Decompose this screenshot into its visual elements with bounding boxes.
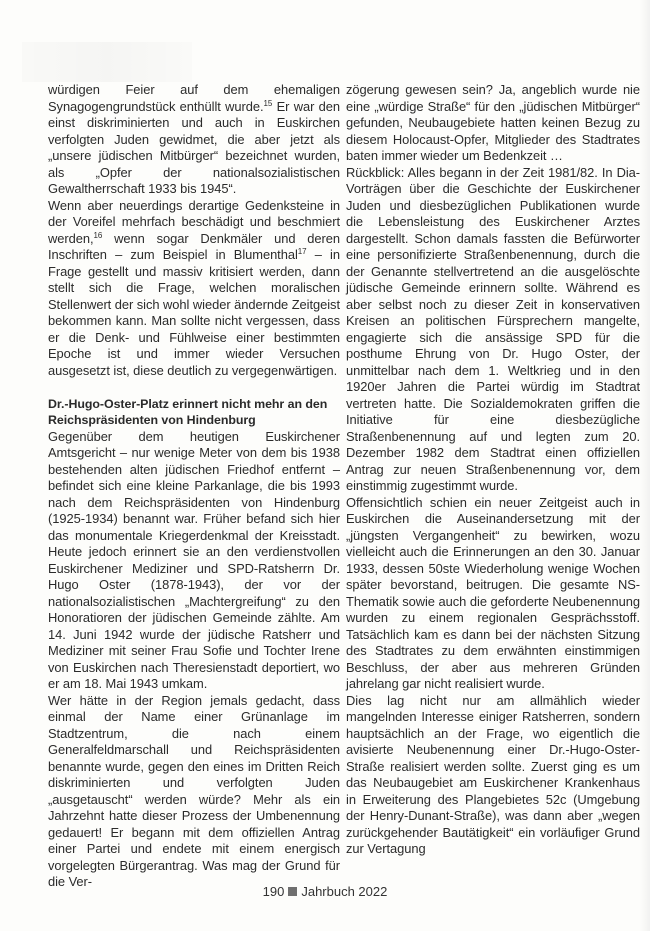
- left-column: würdigen Feier auf dem ehemaligen Synago…: [48, 82, 340, 891]
- faded-background-artifact: [22, 42, 192, 82]
- paragraph: Dies lag nicht nur am allmählich wieder …: [346, 693, 640, 858]
- publication-title: Jahrbuch 2022: [301, 884, 387, 899]
- footnote-ref[interactable]: 17: [298, 247, 307, 256]
- paragraph: Rückblick: Alles begann in der Zeit 1981…: [346, 165, 640, 495]
- page-number: 190: [263, 884, 285, 899]
- page-footer: 190Jahrbuch 2022: [0, 884, 650, 899]
- paragraph: zögerung gewesen sein? Ja, angeblich wur…: [346, 82, 640, 165]
- paragraph: Wenn aber neuerdings derartige Gedenkste…: [48, 198, 340, 380]
- right-column: zögerung gewesen sein? Ja, angeblich wur…: [346, 82, 640, 858]
- paragraph: Offensichtlich schien ein neuer Zeitgeis…: [346, 495, 640, 693]
- square-bullet-icon: [288, 887, 297, 896]
- paragraph: Wer hätte in der Region jemals gedacht, …: [48, 693, 340, 891]
- paragraph: Gegenüber dem heutigen Euskirchener Amts…: [48, 429, 340, 693]
- paragraph: würdigen Feier auf dem ehemaligen Synago…: [48, 82, 340, 198]
- footnote-ref[interactable]: 16: [94, 231, 103, 240]
- section-heading: Dr.-Hugo-Oster-Platz erinnert nicht mehr…: [48, 396, 340, 429]
- footnote-ref[interactable]: 15: [264, 99, 273, 108]
- page-edge-shadow: [640, 0, 650, 931]
